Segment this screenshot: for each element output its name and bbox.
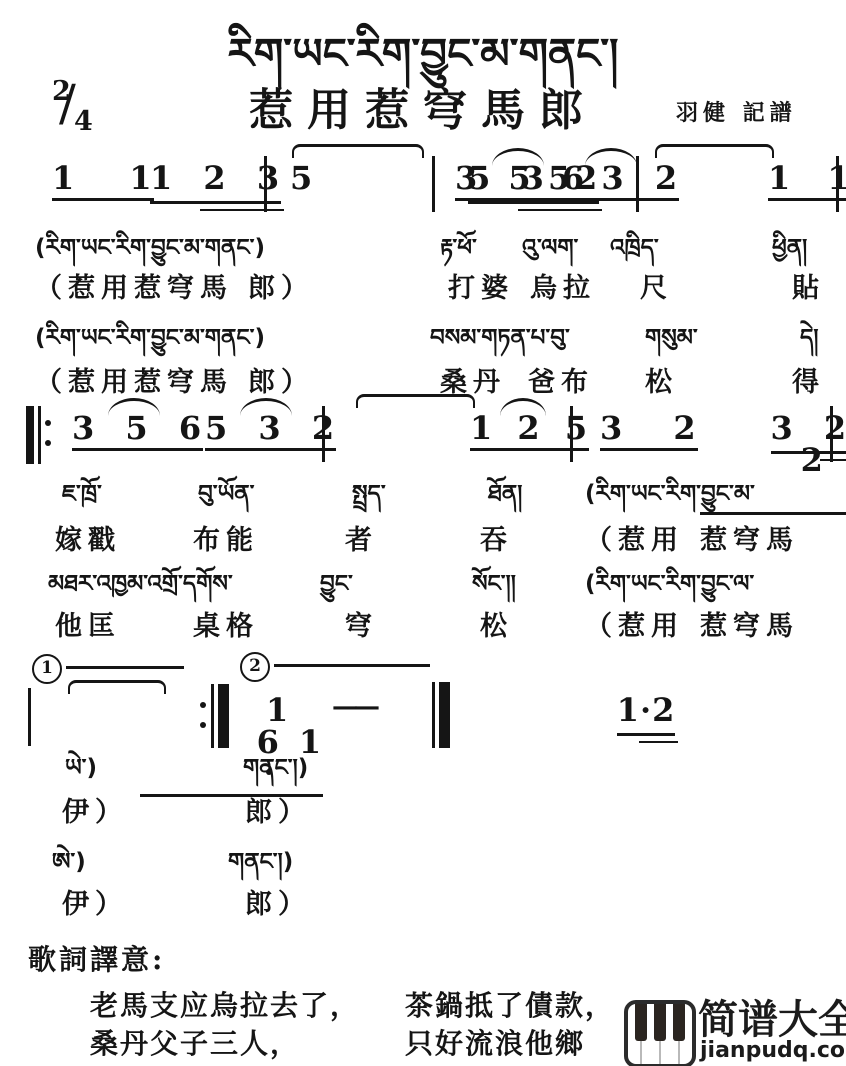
tie xyxy=(500,398,546,416)
transcriber-credit: 羽健 記譜 xyxy=(676,96,797,127)
lyric-chinese: 嫁戳 xyxy=(55,518,121,557)
jianpudq-logo[interactable]: 简谱大全 jianpudq.com xyxy=(624,996,846,1066)
note-group: 3 2 xyxy=(600,412,698,451)
lyric-chinese: 布能 xyxy=(193,518,259,557)
lyric-chinese: 者 xyxy=(345,518,378,557)
lyric-chinese: 尺 xyxy=(640,266,673,305)
lyric-chinese: 惹穹馬 xyxy=(700,604,799,643)
barline xyxy=(28,688,31,746)
note-group: 5 3 2 xyxy=(548,162,679,201)
tie xyxy=(492,148,544,166)
slur xyxy=(292,144,424,158)
translation-heading: 歌詞譯意: xyxy=(28,938,165,978)
tie xyxy=(108,398,160,416)
lyric-chinese: 松 xyxy=(645,360,678,399)
lyric-chinese: 桌格 xyxy=(193,604,259,643)
lyric-chinese: 爸布 xyxy=(528,360,594,399)
tie xyxy=(585,148,637,166)
lyric-chinese: （惹用 xyxy=(585,518,684,557)
lyric-chinese: 郎） xyxy=(248,266,314,305)
logo-site-url: jianpudq.com xyxy=(700,1038,846,1063)
note-group: 1·2 xyxy=(617,691,676,736)
barline xyxy=(636,156,639,212)
lyric-chinese: 郎） xyxy=(248,360,314,399)
volta-1-bracket xyxy=(66,666,184,669)
note-group: 3 5 6 xyxy=(72,412,203,451)
lyric-chinese: 穹 xyxy=(345,604,378,643)
lyric-chinese: 他匡 xyxy=(55,604,121,643)
logo-site-name: 简谱大全 xyxy=(698,988,846,1045)
lyric-chinese: 得 xyxy=(792,360,825,399)
note-group: 1 1 xyxy=(768,162,846,201)
barline xyxy=(570,406,573,462)
tie xyxy=(240,398,292,416)
piano-keys-icon xyxy=(624,1000,696,1066)
lyric-chinese: （惹用惹穹馬 xyxy=(35,360,233,399)
lyric-chinese: （惹用 xyxy=(585,604,684,643)
repeat-end xyxy=(200,684,232,748)
note-group: 5 xyxy=(290,162,314,194)
lyric-chinese: 打婆 xyxy=(448,266,514,305)
translation-line: 桑丹父子三人， xyxy=(90,1022,300,1062)
note-group: 1 2 3 xyxy=(150,159,281,204)
note-group: 1 xyxy=(266,694,290,726)
lyric-chinese: 烏拉 xyxy=(530,266,596,305)
slur xyxy=(655,144,774,158)
translation-line: 茶鍋抵了債款， xyxy=(405,984,615,1024)
volta-2-bracket xyxy=(274,664,430,667)
note-group: 1 1 xyxy=(52,162,154,201)
note-group-part: 2 1 xyxy=(801,441,846,479)
lyric-chinese: （惹用惹穹馬 xyxy=(35,266,233,305)
note-dash: —— xyxy=(332,694,376,720)
note-group: 5 3 2 xyxy=(205,412,336,451)
final-barline xyxy=(432,682,450,748)
barline xyxy=(830,406,833,462)
lyric-chinese: 伊） xyxy=(62,790,128,829)
translation-line: 老馬支应烏拉去了， xyxy=(90,984,360,1024)
barline xyxy=(836,156,839,212)
slur xyxy=(356,394,475,408)
lyric-chinese: 惹穹馬 xyxy=(700,518,799,557)
volta-1-number: 1 xyxy=(32,654,62,684)
volta-2-number: 2 xyxy=(240,652,270,682)
barline xyxy=(264,156,267,212)
barline xyxy=(432,156,435,212)
barline xyxy=(322,406,325,462)
translation-line: 只好流浪他鄉 xyxy=(405,1022,585,1062)
lyric-chinese: 郎） xyxy=(245,882,311,921)
lyric-chinese: 貼 xyxy=(792,266,825,305)
repeat-start xyxy=(26,406,50,464)
lyric-chinese: 伊） xyxy=(62,882,128,921)
slur xyxy=(68,680,166,694)
sheet-music-page: རིག་ཡང་རིག་བྱུང་མ་གནང་། 2 / 4 惹用惹穹馬郎 羽健 … xyxy=(0,0,846,1066)
lyric-chinese: 郎） xyxy=(245,790,311,829)
lyric-chinese: 吞 xyxy=(480,518,513,557)
lyric-chinese: 松 xyxy=(480,604,513,643)
